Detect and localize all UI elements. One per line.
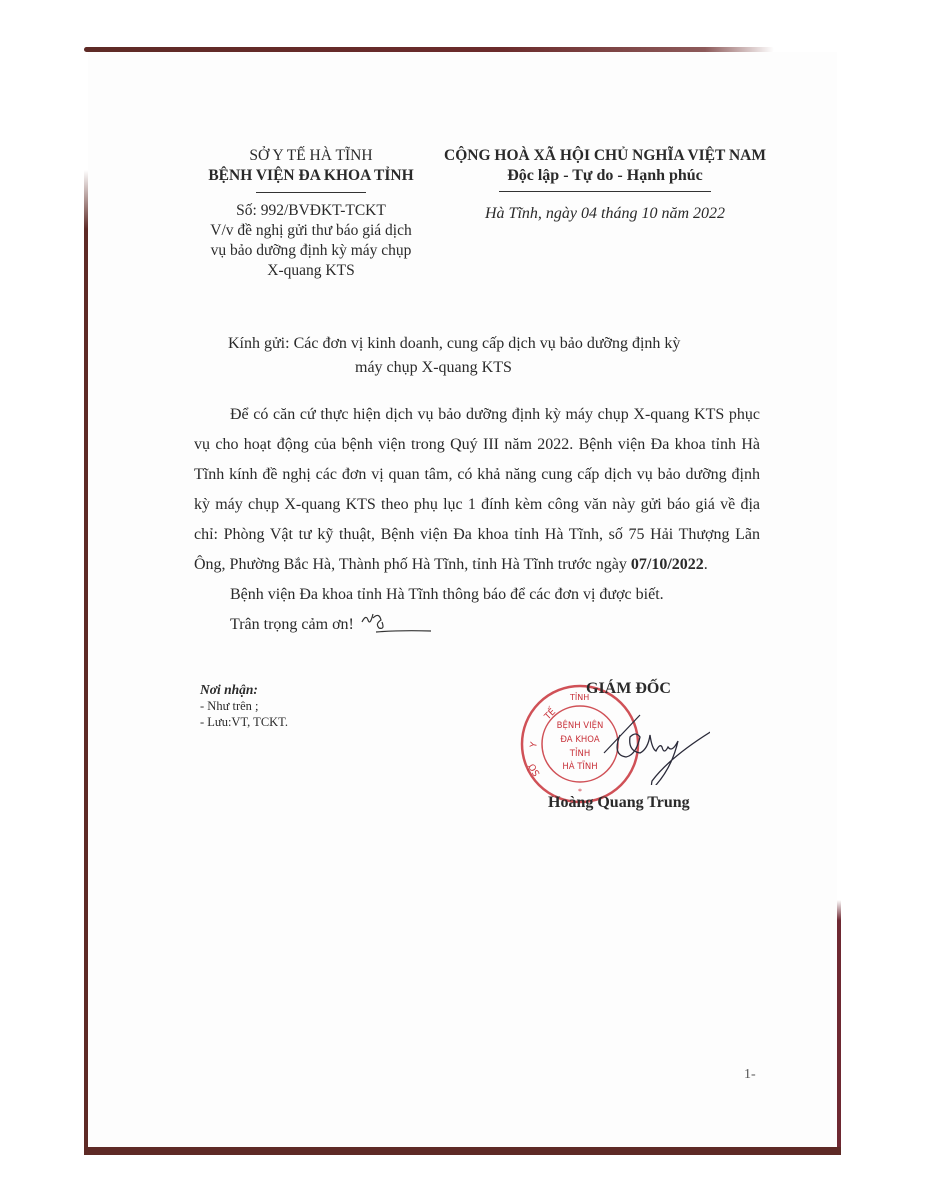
issuer-divider	[256, 192, 366, 193]
svg-text:Y: Y	[529, 741, 540, 750]
closing-text: Trân trọng cảm ơn!	[230, 616, 354, 633]
initials-mark-icon	[358, 616, 428, 634]
closing-line: Trân trọng cảm ơn!	[194, 610, 760, 640]
national-header: CỘNG HOÀ XÃ HỘI CHỦ NGHĨA VIỆT NAM Độc l…	[420, 146, 790, 224]
body-paragraph-2: Bệnh viện Đa khoa tỉnh Hà Tĩnh thông báo…	[194, 580, 760, 610]
issuer-header: SỞ Y TẾ HÀ TĨNH BỆNH VIỆN ĐA KHOA TỈNH S…	[186, 146, 436, 281]
recipients-block: Nơi nhận: - Như trên ; - Lưu:VT, TCKT.	[200, 682, 288, 730]
scan-border-bottom	[84, 1147, 841, 1155]
recipient-line: Kính gửi: Các đơn vị kinh doanh, cung cấ…	[228, 332, 788, 380]
recipient-item: - Lưu:VT, TCKT.	[200, 714, 288, 730]
svg-text:TẾ: TẾ	[541, 706, 558, 723]
national-motto: Độc lập - Tự do - Hạnh phúc	[507, 166, 703, 186]
deadline-date: 07/10/2022	[631, 556, 704, 573]
issuer-organization: BỆNH VIỆN ĐA KHOA TỈNH	[186, 166, 436, 186]
scan-border-right	[837, 900, 841, 1155]
handwritten-signature-icon	[600, 705, 710, 785]
recipient-line-2: máy chụp X-quang KTS	[228, 356, 788, 380]
body-paragraph-1: Để có căn cứ thực hiện dịch vụ bảo dưỡng…	[194, 400, 760, 580]
body-paragraph-1-end: .	[704, 556, 708, 573]
svg-text:TỈNH: TỈNH	[569, 747, 590, 759]
svg-text:HÀ TĨNH: HÀ TĨNH	[562, 760, 597, 772]
national-title: CỘNG HOÀ XÃ HỘI CHỦ NGHĨA VIỆT NAM	[420, 146, 790, 166]
subject-line: vụ bảo dưỡng định kỳ máy chụp	[186, 241, 436, 261]
recipient-line-1: Kính gửi: Các đơn vị kinh doanh, cung cấ…	[228, 335, 680, 352]
document-number: Số: 992/BVĐKT-TCKT	[186, 201, 436, 221]
recipient-item: - Như trên ;	[200, 698, 288, 714]
svg-text:ĐA KHOA: ĐA KHOA	[560, 735, 599, 745]
letter-body: Để có căn cứ thực hiện dịch vụ bảo dưỡng…	[194, 400, 760, 640]
motto-divider	[499, 191, 711, 192]
signer-name: Hoàng Quang Trung	[548, 794, 690, 812]
signer-role: GIÁM ĐỐC	[586, 680, 671, 698]
issuer-agency: SỞ Y TẾ HÀ TĨNH	[186, 146, 436, 166]
svg-text:BỆNH VIỆN: BỆNH VIỆN	[557, 719, 604, 731]
subject-line: X-quang KTS	[186, 261, 436, 281]
place-date: Hà Tĩnh, ngày 04 tháng 10 năm 2022	[420, 204, 790, 224]
page-number: 1-	[744, 1067, 756, 1083]
subject-line: V/v đề nghị gửi thư báo giá dịch	[186, 221, 436, 241]
recipients-title: Nơi nhận:	[200, 682, 288, 698]
body-paragraph-1-text: Để có căn cứ thực hiện dịch vụ bảo dưỡng…	[194, 406, 760, 573]
